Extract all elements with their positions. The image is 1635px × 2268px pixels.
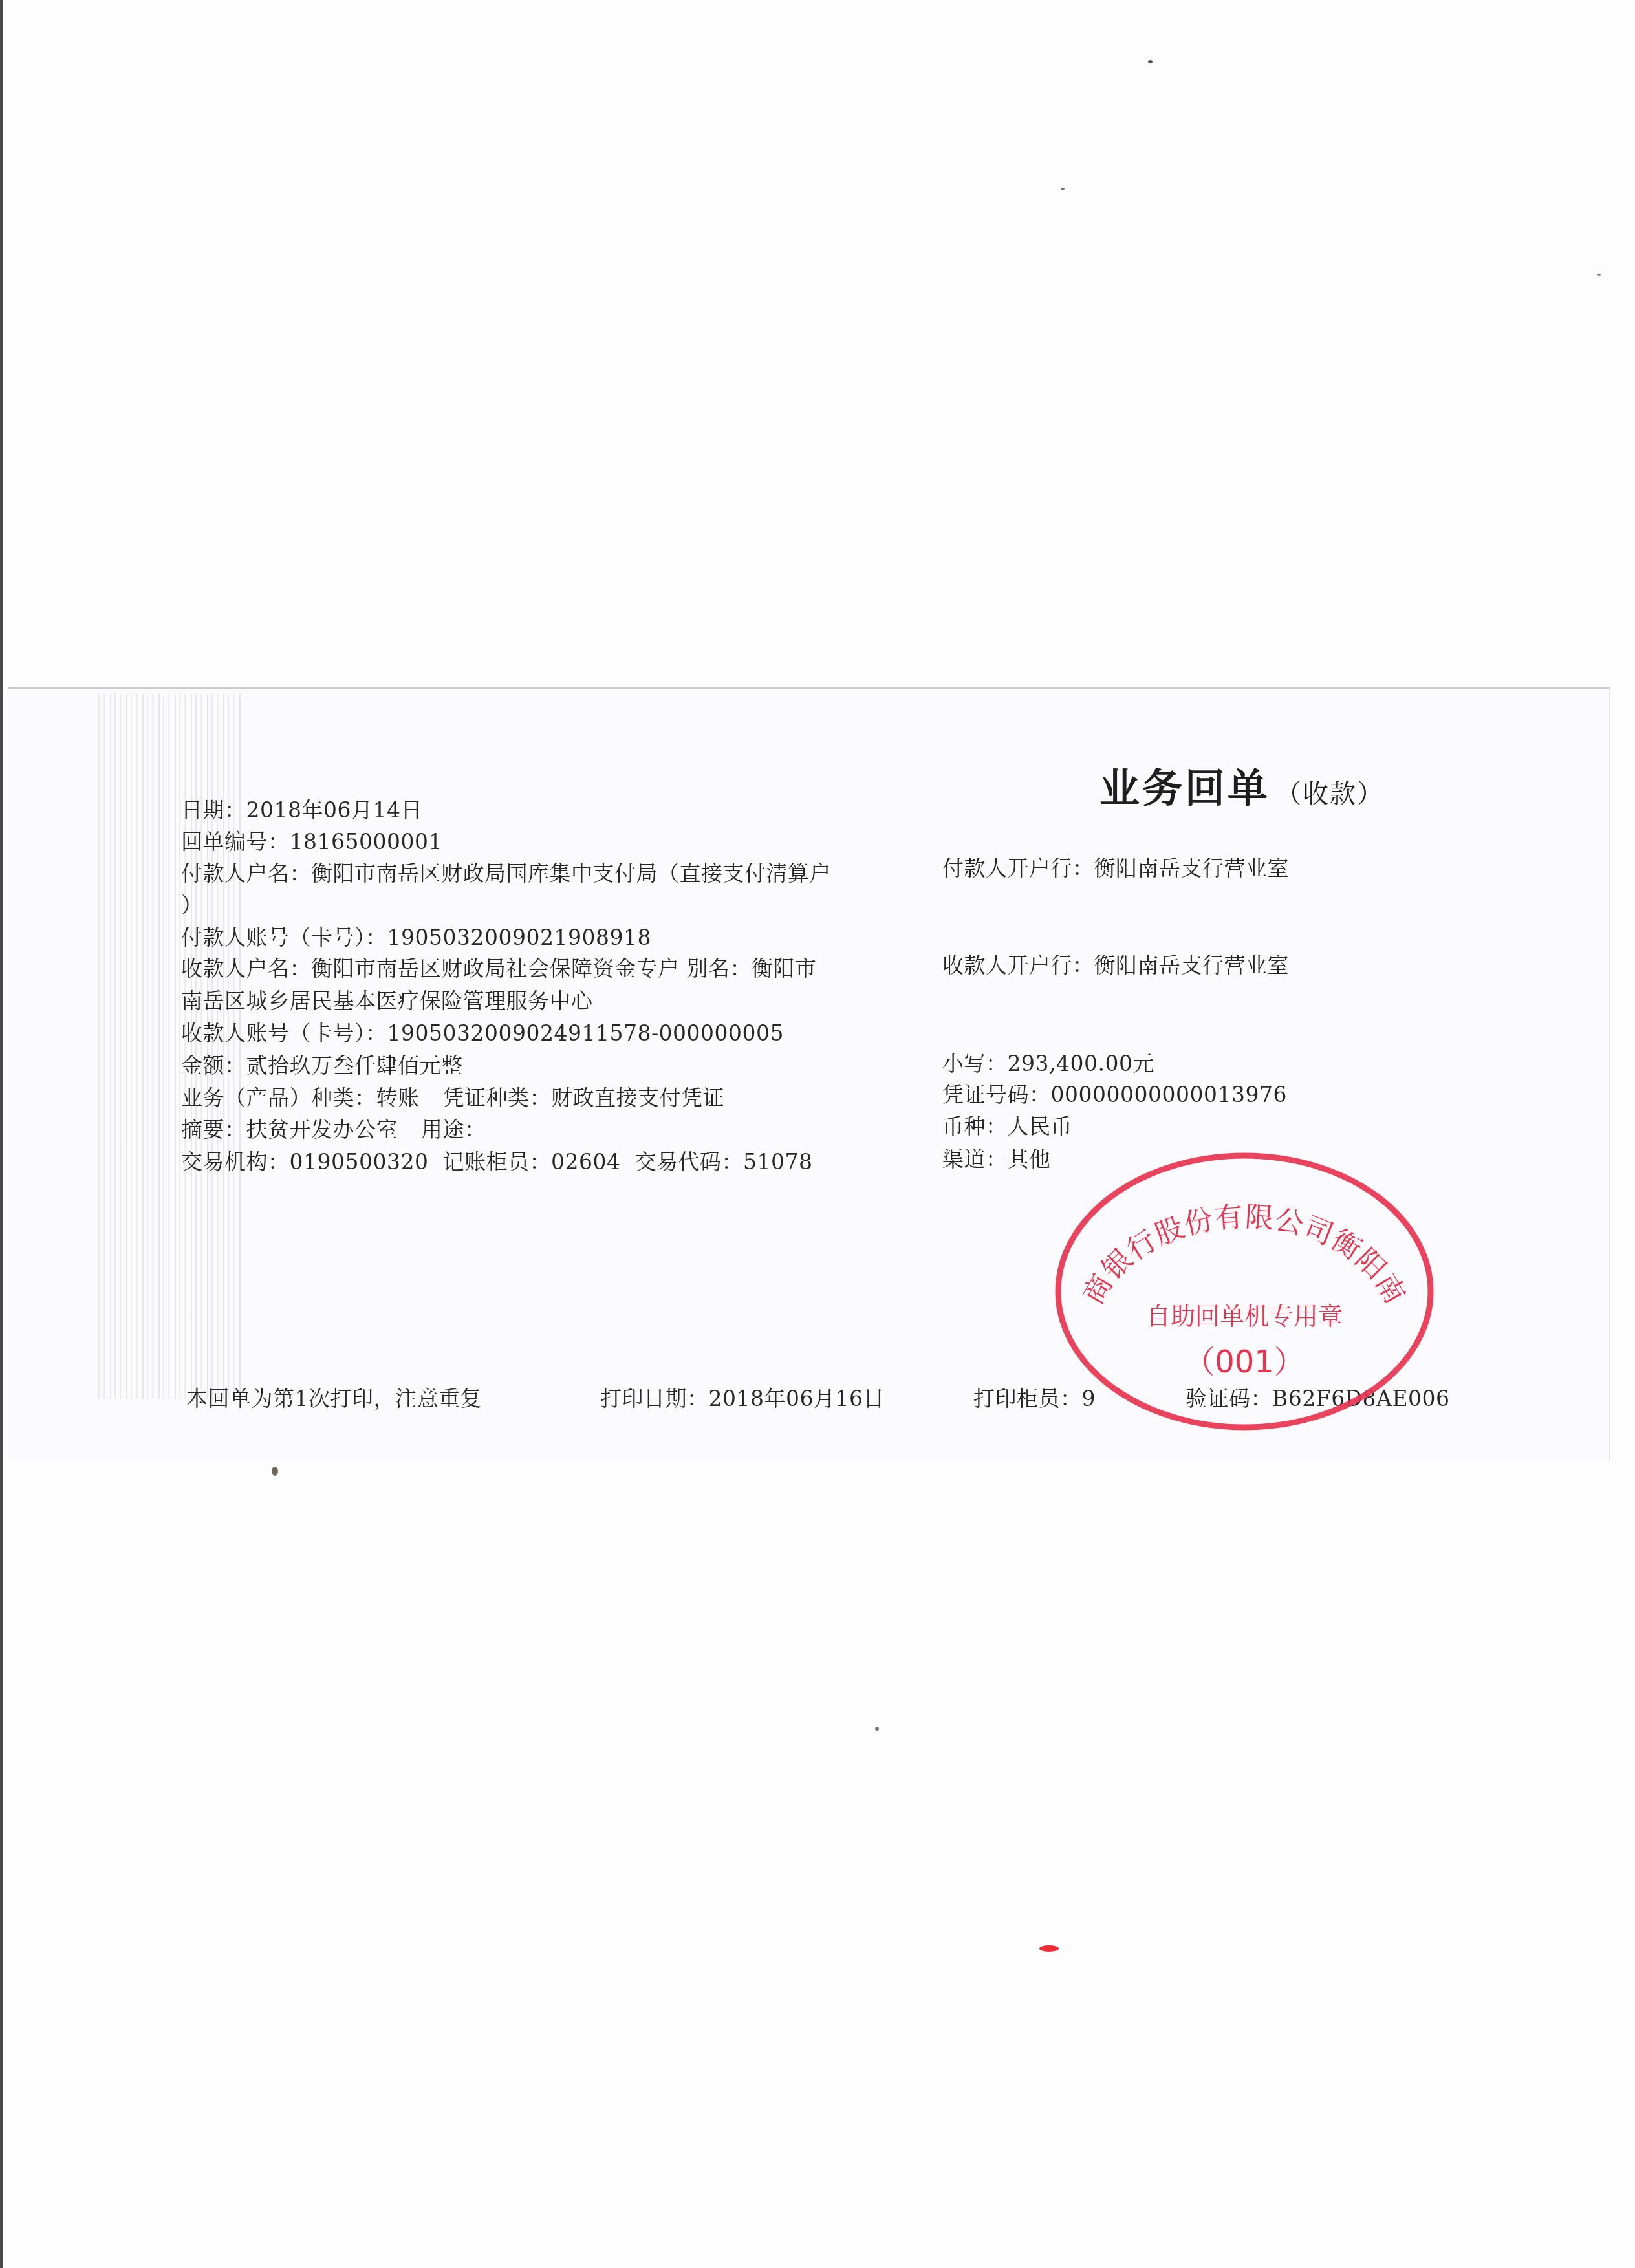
- field-payee-name-cont: 南岳区城乡居民基本医疗保险管理服务中心: [181, 988, 593, 1014]
- field-institution: 交易机构：0190500320: [181, 1149, 428, 1174]
- field-voucher-type: 凭证种类：财政直接支付凭证: [443, 1085, 725, 1110]
- field-amount-words: 金额：贰拾玖万叁仟肆佰元整: [181, 1053, 463, 1079]
- field-payee-bank: 收款人开户行：衡阳南岳支行营业室: [942, 953, 1289, 978]
- dust-speck: [1148, 60, 1153, 63]
- scan-edge-shadow: [0, 0, 3, 2268]
- field-payer-name-cont: ）: [181, 892, 203, 918]
- footer-print-notice: 本回单为第1次打印，注意重复: [186, 1386, 482, 1412]
- field-institution-row: 交易机构：0190500320记账柜员：02604交易代码：51078: [181, 1149, 812, 1175]
- bank-seal-stamp: 中国工商银行股份有限公司衡阳南岳支行 自助回单机专用章 （001）: [1053, 1151, 1436, 1432]
- field-summary: 摘要：扶贫开发办公室: [181, 1117, 398, 1142]
- field-amount-figures: 小写：293,400.00元: [942, 1051, 1154, 1077]
- dust-speck: [1061, 188, 1065, 190]
- field-payee-name: 收款人户名：衡阳市南岳区财政局社会保障资金专户 别名：衡阳市: [181, 956, 817, 982]
- field-teller: 记账柜员：02604: [442, 1149, 620, 1174]
- dust-speck: [875, 1727, 879, 1731]
- field-payee-account: 收款人账号（卡号）：1905032009024911578-000000005: [181, 1021, 784, 1046]
- field-date: 日期：2018年06月14日: [181, 797, 422, 823]
- red-ink-speck: [1039, 1945, 1059, 1952]
- field-payer-name: 付款人户名：衡阳市南岳区财政局国库集中支付局（直接支付清算户: [181, 861, 831, 887]
- stamp-arc-text: 中国工商银行股份有限公司衡阳南岳支行: [1053, 1151, 1412, 1310]
- title-suffix: （收款）: [1275, 779, 1384, 809]
- field-channel: 渠道：其他: [942, 1147, 1051, 1172]
- svg-text:中国工商银行股份有限公司衡阳南岳支行: 中国工商银行股份有限公司衡阳南岳支行: [1053, 1151, 1412, 1310]
- stamp-center-text: 自助回单机专用章: [1146, 1302, 1343, 1330]
- field-purpose: 用途：: [421, 1117, 486, 1142]
- field-payer-account: 付款人账号（卡号）：1905032009021908918: [181, 925, 651, 951]
- field-business-row: 业务（产品）种类：转账凭证种类：财政直接支付凭证: [181, 1085, 724, 1111]
- field-currency: 币种：人民币: [942, 1114, 1072, 1139]
- dust-speck: [272, 1467, 278, 1476]
- field-payer-bank: 付款人开户行：衡阳南岳支行营业室: [942, 856, 1289, 881]
- footer-print-date: 打印日期：2018年06月16日: [600, 1386, 885, 1412]
- field-summary-row: 摘要：扶贫开发办公室用途：: [181, 1117, 486, 1143]
- field-voucher-no: 凭证号码：00000000000013976: [942, 1082, 1287, 1108]
- field-receipt-no: 回单编号：18165000001: [181, 829, 442, 855]
- field-txn-code: 交易代码：51078: [634, 1149, 812, 1174]
- receipt-title: 业务回单（收款）: [1099, 757, 1384, 814]
- field-business-type: 业务（产品）种类：转账: [181, 1085, 420, 1110]
- title-main: 业务回单: [1099, 765, 1270, 812]
- dust-speck: [1597, 274, 1601, 276]
- stamp-number: （001）: [1184, 1344, 1305, 1380]
